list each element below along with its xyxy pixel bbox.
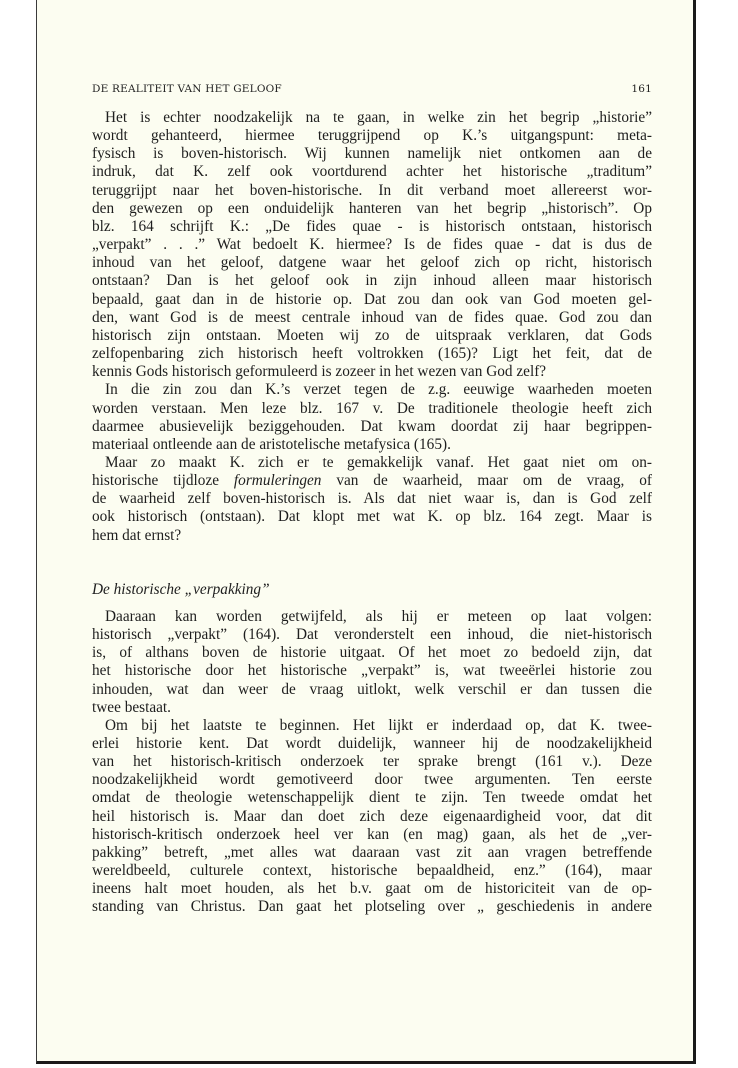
text-line: historische tijdloze formuleringen van d…: [92, 472, 652, 490]
paragraph-1: Het is echter noodzakelijk na te gaan, i…: [92, 109, 652, 381]
text-line: den gewezen op een onduidelijk hanteren …: [92, 200, 652, 218]
text-line: inhouden, wat dan weer de vraag uitlokt,…: [92, 681, 652, 699]
text-line: wordt gehanteerd, hiermee teruggrijpend …: [92, 127, 652, 145]
body-text: Het is echter noodzakelijk na te gaan, i…: [92, 109, 652, 917]
text-line: blz. 164 schrijft K.: „De fides quae - i…: [92, 218, 652, 236]
text-line: materiaal ontleende aan de aristotelisch…: [92, 436, 652, 454]
text-line: wereldbeeld, culturele context, historis…: [92, 862, 652, 880]
text-line: zelfopenbaring zich historisch heeft vol…: [92, 345, 652, 363]
text-line: worden verstaan. Men leze blz. 167 v. De…: [92, 400, 652, 418]
paragraph-4: Daaraan kan worden getwijfeld, als hij e…: [92, 608, 652, 717]
text-span: van de waarheid, maar om de vraag, of: [321, 472, 652, 489]
text-line: Om bij het laatste te beginnen. Het lijk…: [92, 717, 652, 735]
text-line: van het historisch-kritisch onderzoek te…: [92, 753, 652, 771]
text-line: is, of althans boven de historie uitgaat…: [92, 644, 652, 662]
text-line: Daaraan kan worden getwijfeld, als hij e…: [92, 608, 652, 626]
text-line: kennis Gods historisch geformuleerd is z…: [92, 363, 652, 381]
text-line: historisch „verpakt” (164). Dat veronder…: [92, 626, 652, 644]
text-line: Het is echter noodzakelijk na te gaan, i…: [92, 109, 652, 127]
text-line: daarmee abusievelijk beziggehouden. Dat …: [92, 418, 652, 436]
text-line: inhoud van het geloof, datgene waar het …: [92, 254, 652, 272]
paragraph-3: Maar zo maakt K. zich er te gemakkelijk …: [92, 454, 652, 545]
paragraph-5: Om bij het laatste te beginnen. Het lijk…: [92, 717, 652, 917]
text-line: fysisch is boven-historisch. Wij kunnen …: [92, 145, 652, 163]
page-number: 161: [631, 83, 652, 95]
text-line: de waarheid zelf boven-historisch is. Al…: [92, 490, 652, 508]
text-line: bepaald, gaat dan in de historie op. Dat…: [92, 291, 652, 309]
text-line: historisch zijn ontstaan. Moeten wij zo …: [92, 327, 652, 345]
emphasis-formuleringen: formuleringen: [234, 472, 322, 489]
text-line: historisch-kritisch onderzoek heel ver k…: [92, 826, 652, 844]
text-line: ook historisch (ontstaan). Dat klopt met…: [92, 508, 652, 526]
text-line: het historische door het historische „ve…: [92, 662, 652, 680]
text-line: teruggrijpt naar het boven-historische. …: [92, 182, 652, 200]
text-line: omdat de theologie wetenschappelijk dien…: [92, 789, 652, 807]
text-line: hem dat ernst?: [92, 527, 652, 545]
section-heading: De historische „verpakking”: [92, 581, 652, 599]
text-line: erlei historie kent. Dat wordt duidelijk…: [92, 735, 652, 753]
text-line: Maar zo maakt K. zich er te gemakkelijk …: [92, 454, 652, 472]
text-line: ontstaan? Dan is het geloof ook in zijn …: [92, 272, 652, 290]
text-line: noodzakelijkheid wordt gemotiveerd door …: [92, 771, 652, 789]
text-line: heil historisch is. Maar dan doet zich d…: [92, 808, 652, 826]
text-line: ineens halt moet houden, als het b.v. ga…: [92, 880, 652, 898]
text-line: indruk, dat K. zelf ook voortdurend acht…: [92, 163, 652, 181]
text-line: standing van Christus. Dan gaat het plot…: [92, 898, 652, 916]
text-line: pakking” betreft, „met alles wat daaraan…: [92, 844, 652, 862]
text-line: den, want God is de meest centrale inhou…: [92, 309, 652, 327]
text-line: „verpakt” . . .” Wat bedoelt K. hiermee?…: [92, 236, 652, 254]
text-span: historische tijdloze: [92, 472, 234, 489]
text-line: In die zin zou dan K.’s verzet tegen de …: [92, 381, 652, 399]
text-line: twee bestaat.: [92, 699, 652, 717]
running-head-title: DE REALITEIT VAN HET GELOOF: [92, 83, 282, 95]
paragraph-2: In die zin zou dan K.’s verzet tegen de …: [92, 381, 652, 454]
